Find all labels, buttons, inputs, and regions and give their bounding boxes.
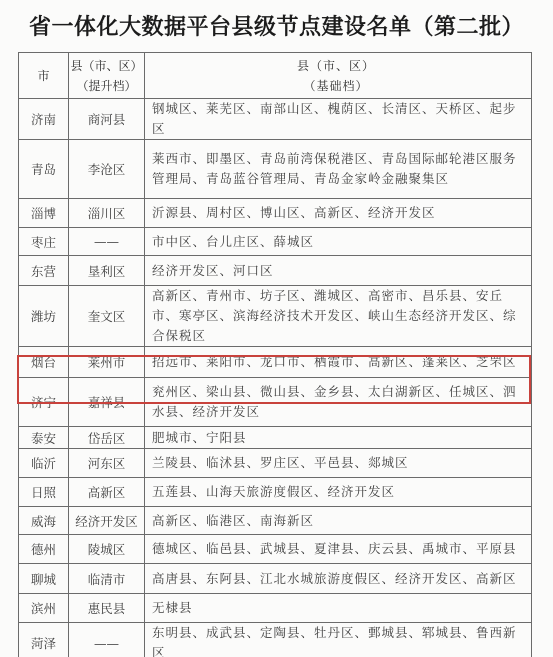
cell-city: 菏泽 [19,623,69,657]
cell-upgrade: 李沧区 [69,140,145,199]
cell-basic: 经济开发区、河口区 [145,256,532,286]
cell-basic: 莱西市、即墨区、青岛前湾保税港区、青岛国际邮轮港区服务管理局、青岛蓝谷管理局、青… [145,140,532,199]
cell-upgrade: 经济开发区 [69,507,145,535]
header-city: 市 [19,53,69,99]
cell-basic: 东明县、成武县、定陶县、牡丹区、鄄城县、郓城县、鲁西新区 [145,623,532,657]
cell-city: 聊城 [19,564,69,594]
cell-basic: 兖州区、梁山县、微山县、金乡县、太白湖新区、任城区、泗水县、经济开发区 [145,378,532,427]
cell-basic: 市中区、台儿庄区、薛城区 [145,228,532,256]
cell-basic: 高新区、临港区、南海新区 [145,507,532,535]
table-row: 潍坊 奎文区 高新区、青州市、坊子区、潍城区、高密市、昌乐县、安丘市、寒亭区、滨… [19,286,532,347]
header-upgrade-tier: 县（市、区） （提升档） [69,53,145,99]
cell-city: 德州 [19,535,69,564]
cell-upgrade: 惠民县 [69,594,145,623]
cell-city: 潍坊 [19,286,69,347]
cell-city: 青岛 [19,140,69,199]
cell-basic: 钢城区、莱芜区、南部山区、槐荫区、长清区、天桥区、起步区 [145,99,532,140]
table-row: 临沂 河东区 兰陵县、临沭县、罗庄区、平邑县、郯城区 [19,449,532,478]
table-row: 枣庄 —— 市中区、台儿庄区、薛城区 [19,228,532,256]
cell-upgrade: 垦利区 [69,256,145,286]
cell-basic: 五莲县、山海天旅游度假区、经济开发区 [145,478,532,507]
cell-city: 济南 [19,99,69,140]
county-node-table: 市 县（市、区） （提升档） 县（市、区） （基础档） 济南 商河县 钢城区、莱… [18,52,532,657]
cell-upgrade: 淄川区 [69,199,145,228]
table-row: 烟台 莱州市 招远市、莱阳市、龙口市、栖霞市、高新区、蓬莱区、芝罘区 [19,347,532,378]
cell-city: 济宁 [19,378,69,427]
table-row-highlighted: 济宁 嘉祥县 兖州区、梁山县、微山县、金乡县、太白湖新区、任城区、泗水县、经济开… [19,378,532,427]
cell-basic: 兰陵县、临沭县、罗庄区、平邑县、郯城区 [145,449,532,478]
cell-city: 枣庄 [19,228,69,256]
table-row: 德州 陵城区 德城区、临邑县、武城县、夏津县、庆云县、禹城市、平原县 [19,535,532,564]
cell-upgrade: 岱岳区 [69,427,145,449]
cell-upgrade: —— [69,228,145,256]
cell-upgrade: 高新区 [69,478,145,507]
table-row: 威海 经济开发区 高新区、临港区、南海新区 [19,507,532,535]
table-row: 淄博 淄川区 沂源县、周村区、博山区、高新区、经济开发区 [19,199,532,228]
cell-city: 烟台 [19,347,69,378]
cell-upgrade: 莱州市 [69,347,145,378]
cell-basic: 无棣县 [145,594,532,623]
table-row: 日照 高新区 五莲县、山海天旅游度假区、经济开发区 [19,478,532,507]
cell-city: 滨州 [19,594,69,623]
cell-city: 东营 [19,256,69,286]
cell-basic: 德城区、临邑县、武城县、夏津县、庆云县、禹城市、平原县 [145,535,532,564]
cell-basic: 高新区、青州市、坊子区、潍城区、高密市、昌乐县、安丘市、寒亭区、滨海经济技术开发… [145,286,532,347]
cell-upgrade: 临清市 [69,564,145,594]
table-row: 东营 垦利区 经济开发区、河口区 [19,256,532,286]
header-upgrade-line1: 县（市、区） [69,56,144,76]
cell-city: 日照 [19,478,69,507]
cell-upgrade: 陵城区 [69,535,145,564]
cell-upgrade: 商河县 [69,99,145,140]
cell-upgrade: 嘉祥县 [69,378,145,427]
cell-upgrade: 奎文区 [69,286,145,347]
table-header-row: 市 县（市、区） （提升档） 县（市、区） （基础档） [19,53,532,99]
header-basic-line1: 县（市、区） [145,56,527,76]
cell-basic: 沂源县、周村区、博山区、高新区、经济开发区 [145,199,532,228]
document-title: 省一体化大数据平台县级节点建设名单（第二批） [0,10,553,41]
cell-city: 泰安 [19,427,69,449]
header-basic-tier: 县（市、区） （基础档） [145,53,532,99]
table-row: 济南 商河县 钢城区、莱芜区、南部山区、槐荫区、长清区、天桥区、起步区 [19,99,532,140]
table-row: 聊城 临清市 高唐县、东阿县、江北水城旅游度假区、经济开发区、高新区 [19,564,532,594]
table-row: 滨州 惠民县 无棣县 [19,594,532,623]
cell-basic: 高唐县、东阿县、江北水城旅游度假区、经济开发区、高新区 [145,564,532,594]
table-row: 泰安 岱岳区 肥城市、宁阳县 [19,427,532,449]
cell-upgrade: 河东区 [69,449,145,478]
cell-basic: 肥城市、宁阳县 [145,427,532,449]
cell-city: 临沂 [19,449,69,478]
cell-city: 淄博 [19,199,69,228]
cell-city: 威海 [19,507,69,535]
cell-upgrade: —— [69,623,145,657]
header-basic-line2: （基础档） [145,76,527,96]
header-upgrade-line2: （提升档） [69,76,144,96]
table-row: 菏泽 —— 东明县、成武县、定陶县、牡丹区、鄄城县、郓城县、鲁西新区 [19,623,532,657]
table-row: 青岛 李沧区 莱西市、即墨区、青岛前湾保税港区、青岛国际邮轮港区服务管理局、青岛… [19,140,532,199]
cell-basic: 招远市、莱阳市、龙口市、栖霞市、高新区、蓬莱区、芝罘区 [145,347,532,378]
